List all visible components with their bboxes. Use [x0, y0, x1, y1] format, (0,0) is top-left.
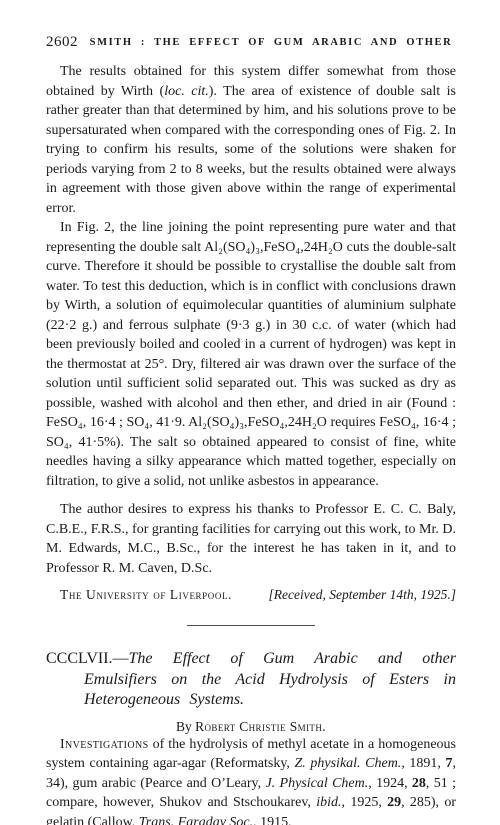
- article-title: CCCLVII.—The Effect of Gum Arabic and ot…: [46, 649, 456, 711]
- paragraph-acknowledgments: The author desires to express his thanks…: [46, 500, 456, 578]
- article-start-section: CCCLVII.—The Effect of Gum Arabic and ot…: [46, 649, 456, 825]
- closing-line: The University of Liverpool. [Received, …: [46, 585, 456, 604]
- institution-name: The University of Liverpool.: [60, 585, 232, 604]
- article-byline: By Robert Christie Smith.: [46, 719, 456, 735]
- paragraph-results: The results obtained for this system dif…: [46, 62, 456, 218]
- article-end-section: The results obtained for this system dif…: [46, 62, 456, 604]
- page-number: 2602: [46, 34, 78, 51]
- page-header: 2602 SMITH : THE EFFECT OF GUM ARABIC AN…: [46, 34, 456, 51]
- journal-page: 2602 SMITH : THE EFFECT OF GUM ARABIC AN…: [0, 0, 500, 825]
- paragraph-double-salt: In Fig. 2, the line joining the point re…: [46, 218, 456, 491]
- received-date-note: [Received, September 14th, 1925.]: [269, 585, 456, 604]
- section-divider-rule: [187, 625, 315, 626]
- paragraph-introduction: Investigations of the hydrolysis of meth…: [46, 735, 456, 825]
- running-title: SMITH : THE EFFECT OF GUM ARABIC AND OTH…: [86, 37, 456, 48]
